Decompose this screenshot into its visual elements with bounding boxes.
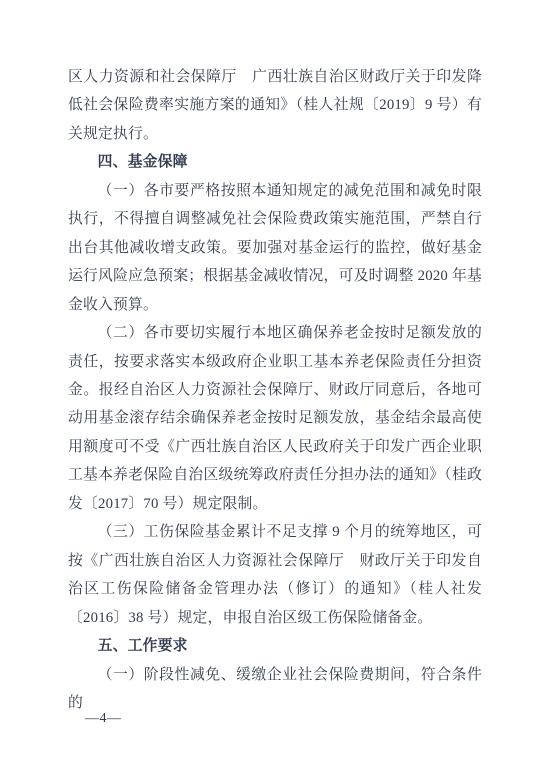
paragraph-work-1: （一）阶段性减免、缓缴企业社会保险费期间，符合条件的 <box>68 661 482 718</box>
document-body: 区人力资源和社会保障厅 广西壮族自治区财政厅关于印发降低社会保险费率实施方案的通… <box>68 63 482 717</box>
paragraph-fund-3: （三）工伤保险基金累计不足支撑 9 个月的统筹地区，可按《广西壮族自治区人力资源… <box>68 518 482 632</box>
section-heading-work-requirements: 五、工作要求 <box>68 632 482 660</box>
paragraph-continuation: 区人力资源和社会保障厅 广西壮族自治区财政厅关于印发降低社会保险费率实施方案的通… <box>68 63 482 148</box>
document-page: 区人力资源和社会保障厅 广西壮族自治区财政厅关于印发降低社会保险费率实施方案的通… <box>0 0 541 772</box>
paragraph-fund-1: （一）各市要严格按照本通知规定的减免范围和减免时限执行，不得擅自调整减免社会保险… <box>68 177 482 319</box>
page-number: —4— <box>85 710 122 727</box>
paragraph-fund-2: （二）各市要切实履行本地区确保养老金按时足额发放的责任，按要求落实本级政府企业职… <box>68 319 482 518</box>
section-heading-fund-guarantee: 四、基金保障 <box>68 148 482 176</box>
